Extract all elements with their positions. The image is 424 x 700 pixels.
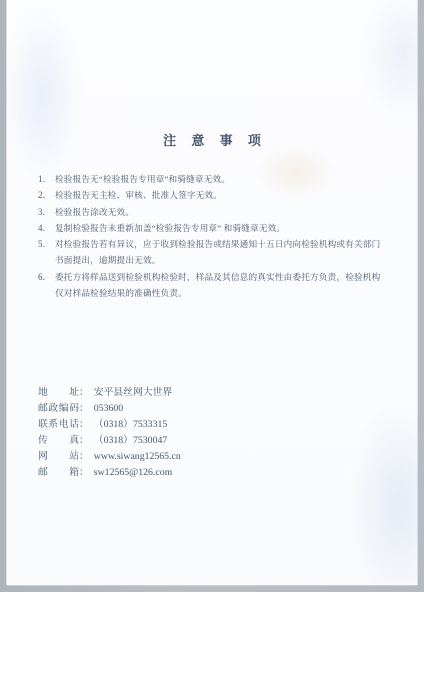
note-number: 2. bbox=[38, 187, 55, 203]
note-text: 对检验报告若有异议，应于收到检验报告或结果通知十五日内向检验机构或有关部门书面提… bbox=[55, 236, 382, 269]
page-title: 注 意 事 项 bbox=[6, 130, 418, 149]
scanner-background: 注 意 事 项 1. 检验报告无“检验报告专用章”和骑缝章无效。 2. 检验报告… bbox=[0, 0, 424, 592]
contact-label: 传真 bbox=[38, 433, 79, 449]
contact-value: 安平县丝网大世界 bbox=[94, 387, 172, 398]
contact-value: 053600 bbox=[94, 403, 123, 414]
contact-value: （0318）7530047 bbox=[94, 435, 167, 446]
contact-value: www.siwang12565.cn bbox=[94, 451, 181, 462]
notice-document-page: 注 意 事 项 1. 检验报告无“检验报告专用章”和骑缝章无效。 2. 检验报告… bbox=[6, 0, 418, 586]
note-item: 5. 对检验报告若有异议，应于收到检验报告或结果通知十五日内向检验机构或有关部门… bbox=[38, 236, 382, 269]
note-number: 5. bbox=[38, 236, 55, 252]
contact-row: 邮箱：sw12565@126.com bbox=[38, 465, 181, 481]
contact-value: sw12565@126.com bbox=[94, 467, 172, 478]
contact-row: 地址：安平县丝网大世界 bbox=[38, 385, 181, 401]
note-text: 委托方将样品送到检验机构检验时，样品及其信息的真实性由委托方负责，检验机构仅对样… bbox=[55, 269, 382, 302]
note-number: 4. bbox=[38, 220, 55, 236]
contact-label: 网站 bbox=[38, 449, 79, 465]
contact-row: 网站：www.siwang12565.cn bbox=[38, 449, 181, 465]
note-item: 6. 委托方将样品送到检验机构检验时，样品及其信息的真实性由委托方负责，检验机构… bbox=[38, 269, 382, 302]
note-item: 4. 复制检验报告未重新加盖“检验报告专用章” 和骑缝章无效。 bbox=[38, 220, 382, 236]
note-number: 1. bbox=[38, 171, 55, 187]
contact-label-colon: ： bbox=[79, 417, 89, 433]
contact-label-colon: ： bbox=[79, 385, 89, 401]
note-item: 3. 检验报告涂改无效。 bbox=[38, 204, 382, 220]
contact-label: 地址 bbox=[38, 385, 79, 401]
contact-label-colon: ： bbox=[79, 449, 89, 465]
contact-row: 传真：（0318）7530047 bbox=[38, 433, 181, 449]
note-item: 1. 检验报告无“检验报告专用章”和骑缝章无效。 bbox=[38, 171, 382, 187]
contact-value: （0318）7533315 bbox=[94, 419, 167, 430]
contact-label: 联系电话 bbox=[38, 417, 79, 433]
notes-list: 1. 检验报告无“检验报告专用章”和骑缝章无效。 2. 检验报告无主检、审核、批… bbox=[38, 171, 382, 301]
contact-row: 邮政编码：053600 bbox=[38, 401, 181, 417]
contact-label: 邮箱 bbox=[38, 465, 79, 481]
contact-block: 地址：安平县丝网大世界 邮政编码：053600 联系电话：（0318）75333… bbox=[38, 385, 181, 482]
note-text: 检验报告无“检验报告专用章”和骑缝章无效。 bbox=[55, 171, 382, 187]
note-number: 6. bbox=[38, 269, 55, 285]
contact-label-colon: ： bbox=[79, 401, 89, 417]
note-number: 3. bbox=[38, 204, 55, 220]
contact-label-colon: ： bbox=[79, 433, 89, 449]
contact-label: 邮政编码 bbox=[38, 401, 79, 417]
contact-row: 联系电话：（0318）7533315 bbox=[38, 417, 181, 433]
note-text: 检验报告无主检、审核、批准人签字无效。 bbox=[55, 187, 382, 203]
note-item: 2. 检验报告无主检、审核、批准人签字无效。 bbox=[38, 187, 382, 203]
note-text: 检验报告涂改无效。 bbox=[55, 204, 382, 220]
contact-label-colon: ： bbox=[79, 465, 89, 481]
note-text: 复制检验报告未重新加盖“检验报告专用章” 和骑缝章无效。 bbox=[55, 220, 382, 236]
